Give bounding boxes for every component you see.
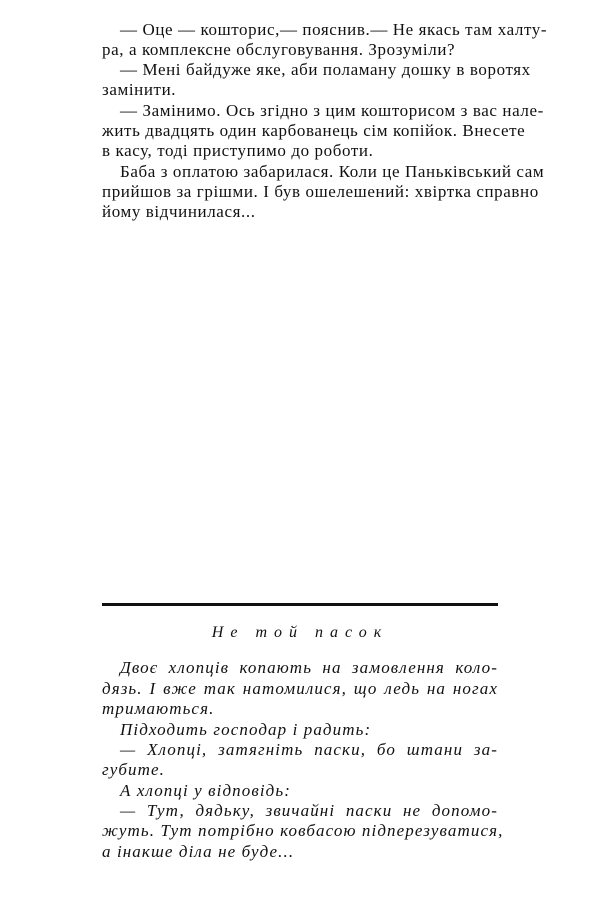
text-line: в касу, тоді приступимо до роботи.: [102, 141, 373, 161]
text-line: Баба з оплатою забарилася. Коли це Паньк…: [102, 162, 498, 182]
text-line: жуть. Тут потрібно ковбасою підперезуват…: [102, 821, 498, 841]
text-line: йому відчинилася...: [102, 202, 256, 222]
text-line: Підходить господар і радить:: [102, 720, 371, 740]
text-line: — Тут, дядьку, звичайні паски не допомо-: [102, 801, 498, 821]
section-divider: [102, 603, 498, 606]
text-line: — Хлопці, затягніть паски, бо штани за-: [102, 740, 498, 760]
anecdote-title: Не той пасок: [102, 622, 498, 644]
text-line: тримаються.: [102, 699, 214, 719]
text-line: — Замінимо. Ось згідно з цим кошторисом …: [102, 101, 498, 121]
text-line: а інакше діла не буде...: [102, 842, 294, 862]
text-line: — Оце — кошторис,— пояснив.— Не якась та…: [102, 20, 498, 40]
text-line: Двоє хлопців копають на замовлення коло-: [102, 658, 498, 678]
text-line: дязь. І вже так натомилися, що ледь на н…: [102, 679, 498, 699]
text-line: прийшов за грішми. І був ошелешений: хві…: [102, 182, 498, 202]
text-line: — Мені байдуже яке, аби поламану дошку в…: [102, 60, 498, 80]
text-line: ра, а комплексне обслуговування. Зрозумі…: [102, 40, 455, 60]
text-line: А хлопці у відповідь:: [102, 781, 291, 801]
text-line: замінити.: [102, 80, 176, 100]
text-line: губите.: [102, 760, 165, 780]
text-line: жить двадцять один карбованець сім копій…: [102, 121, 498, 141]
